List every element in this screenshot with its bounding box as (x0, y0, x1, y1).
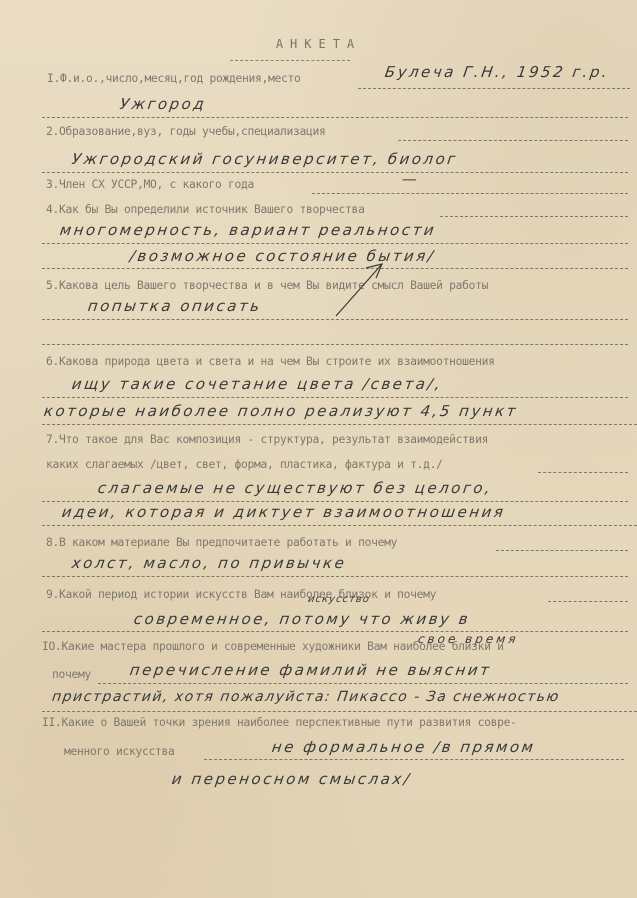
question-5-text: 5.Какова цель Вашего творчества и в чем … (46, 279, 488, 292)
answer-line (42, 501, 628, 502)
answer-9-line-1: современное, потому что живу в (133, 610, 472, 628)
title-underline (230, 60, 350, 61)
answer-10-line-2: пристрастий, хотя пожалуйста: Пикассо - … (51, 689, 561, 705)
answer-line (538, 472, 628, 473)
question-10-text-line-2: почему (52, 668, 91, 681)
answer-6-line-1: ищу такие сочетание цвета /света/, (71, 375, 444, 393)
answer-9-insertion: искусство (307, 594, 370, 605)
answer-4-line-1: многомерность, вариант реальности (59, 221, 438, 239)
answer-8: холст, масло, по привычке (71, 554, 348, 572)
arrow-annotation-icon (330, 256, 390, 320)
answer-line (204, 759, 624, 760)
answer-line (42, 631, 628, 632)
question-6-text: 6.Какова природа цвета и света и на чем … (46, 355, 495, 368)
answer-11-line-1: не формальное /в прямом (271, 738, 537, 756)
answer-line (42, 576, 628, 577)
answer-7-line-2: идеи, которая и диктует взаимоотношения (61, 503, 507, 521)
question-8-text: 8.В каком материале Вы предпочитаете раб… (46, 536, 397, 549)
answer-4-line-2: /возможное состояние бытия/ (129, 247, 437, 265)
question-10-text-line-1: IO.Какие мастера прошлого и современные … (42, 640, 504, 653)
question-2-text: 2.Образование,вуз, годы учебы,специализа… (46, 125, 326, 138)
answer-line (42, 117, 628, 118)
answer-3: — (401, 170, 421, 188)
question-7-text-line-1: 7.Что такое для Вас композиция - структу… (46, 433, 488, 446)
question-4-text: 4.Как бы Вы определили источник Вашего т… (46, 203, 365, 216)
answer-line (312, 193, 628, 194)
answer-line (42, 711, 637, 712)
answer-line (42, 397, 628, 398)
questionnaire-page: АНКЕТА I.Ф.и.о.,число,месяц,год рождения… (0, 0, 637, 898)
document-title: АНКЕТА (0, 37, 637, 51)
answer-line (98, 683, 628, 684)
answer-1-place: Ужгород (119, 95, 208, 113)
question-3-text: 3.Член СХ УССР,МО, с какого года (46, 178, 254, 191)
answer-line (548, 601, 628, 602)
question-11-text-line-1: II.Какие о Вашей точки зрения наиболее п… (42, 716, 517, 729)
answer-2: Ужгородский госуниверситет, биолог (71, 150, 459, 168)
question-9-text: 9.Какой период истории искусств Вам наиб… (46, 588, 436, 601)
answer-line (42, 172, 628, 173)
question-11-text-line-2: менного искусства (64, 745, 175, 758)
answer-line (42, 424, 637, 425)
answer-7-line-1: слагаемые не существуют без целого, (97, 479, 494, 497)
answer-5: попытка описать (87, 297, 263, 315)
answer-11-line-2: и переносном смыслах/ (171, 770, 413, 788)
question-1-text: I.Ф.и.о.,число,месяц,год рождения,место (47, 72, 301, 85)
answer-line (42, 344, 628, 345)
answer-line (358, 88, 630, 89)
answer-line (42, 243, 628, 244)
answer-line (496, 550, 628, 551)
question-7-text-line-2: каких слагаемых /цвет, свет, форма, плас… (46, 458, 443, 471)
answer-10-line-1: перечисление фамилий не выяснит (129, 661, 493, 679)
answer-line (42, 525, 637, 526)
answer-line (398, 140, 628, 141)
answer-6-line-2: которые наиболее полно реализуют 4,5 пун… (43, 402, 520, 420)
answer-line (440, 216, 628, 217)
answer-1-name: Булеча Г.Н., 1952 г.р. (384, 63, 611, 81)
